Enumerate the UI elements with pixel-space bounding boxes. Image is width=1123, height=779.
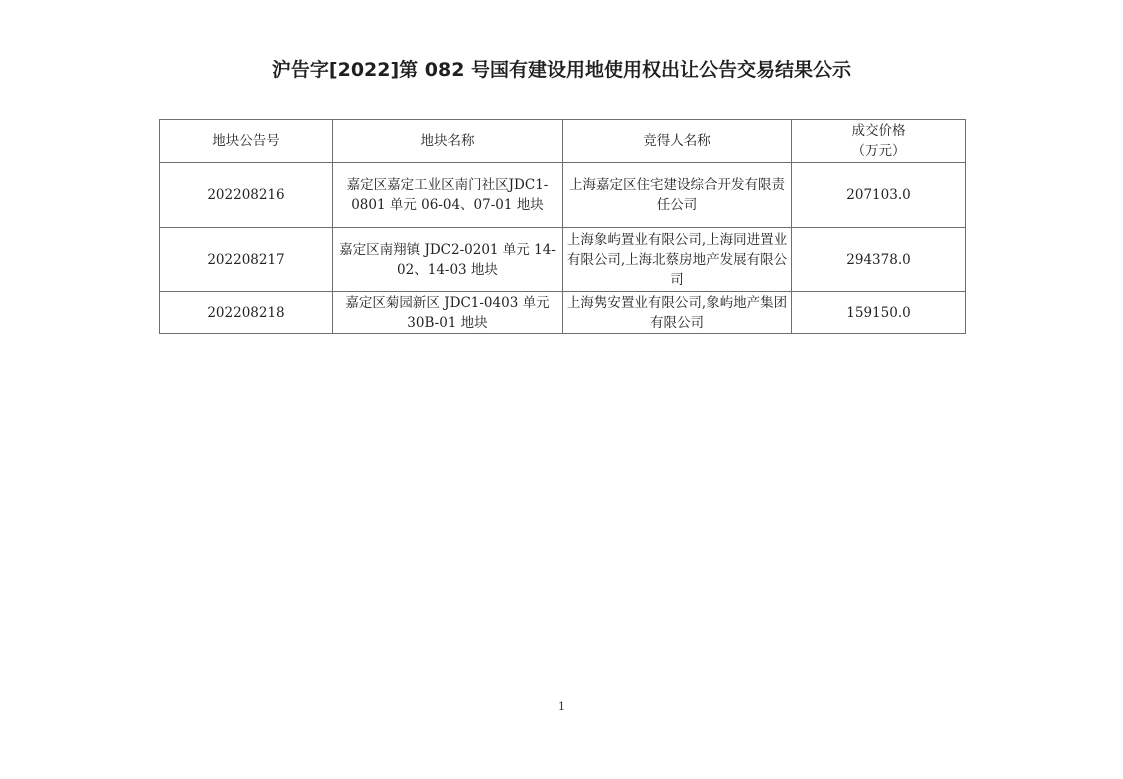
cell-winner: 上海象屿置业有限公司,上海同进置业有限公司,上海北蔡房地产发展有限公司 (563, 228, 792, 292)
cell-price: 207103.0 (792, 163, 966, 228)
header-parcel-id: 地块公告号 (160, 120, 333, 163)
header-winner: 竞得人名称 (563, 120, 792, 163)
cell-parcel-name: 嘉定区南翔镇 JDC2-0201 单元 14-02、14-03 地块 (333, 228, 563, 292)
transaction-result-table: 地块公告号 地块名称 竞得人名称 成交价格 （万元） 202208216 嘉定区… (159, 119, 966, 334)
table-row: 202208216 嘉定区嘉定工业区南门社区JDC1-0801 单元 06-04… (160, 163, 966, 228)
page-number: 1 (0, 700, 1123, 713)
cell-winner: 上海嘉定区住宅建设综合开发有限责任公司 (563, 163, 792, 228)
table-row: 202208217 嘉定区南翔镇 JDC2-0201 单元 14-02、14-0… (160, 228, 966, 292)
cell-parcel-id: 202208217 (160, 228, 333, 292)
cell-price: 159150.0 (792, 292, 966, 334)
cell-winner: 上海隽安置业有限公司,象屿地产集团有限公司 (563, 292, 792, 334)
table-header-row: 地块公告号 地块名称 竞得人名称 成交价格 （万元） (160, 120, 966, 163)
cell-price: 294378.0 (792, 228, 966, 292)
cell-parcel-id: 202208218 (160, 292, 333, 334)
cell-parcel-name: 嘉定区嘉定工业区南门社区JDC1-0801 单元 06-04、07-01 地块 (333, 163, 563, 228)
header-parcel-name: 地块名称 (333, 120, 563, 163)
page-title: 沪告字[2022]第 082 号国有建设用地使用权出让公告交易结果公示 (0, 55, 1123, 82)
cell-parcel-name: 嘉定区菊园新区 JDC1-0403 单元 30B-01 地块 (333, 292, 563, 334)
header-price-unit: （万元） (793, 141, 964, 161)
header-price: 成交价格 （万元） (792, 120, 966, 163)
header-price-label: 成交价格 (793, 121, 964, 141)
cell-parcel-id: 202208216 (160, 163, 333, 228)
table-row: 202208218 嘉定区菊园新区 JDC1-0403 单元 30B-01 地块… (160, 292, 966, 334)
